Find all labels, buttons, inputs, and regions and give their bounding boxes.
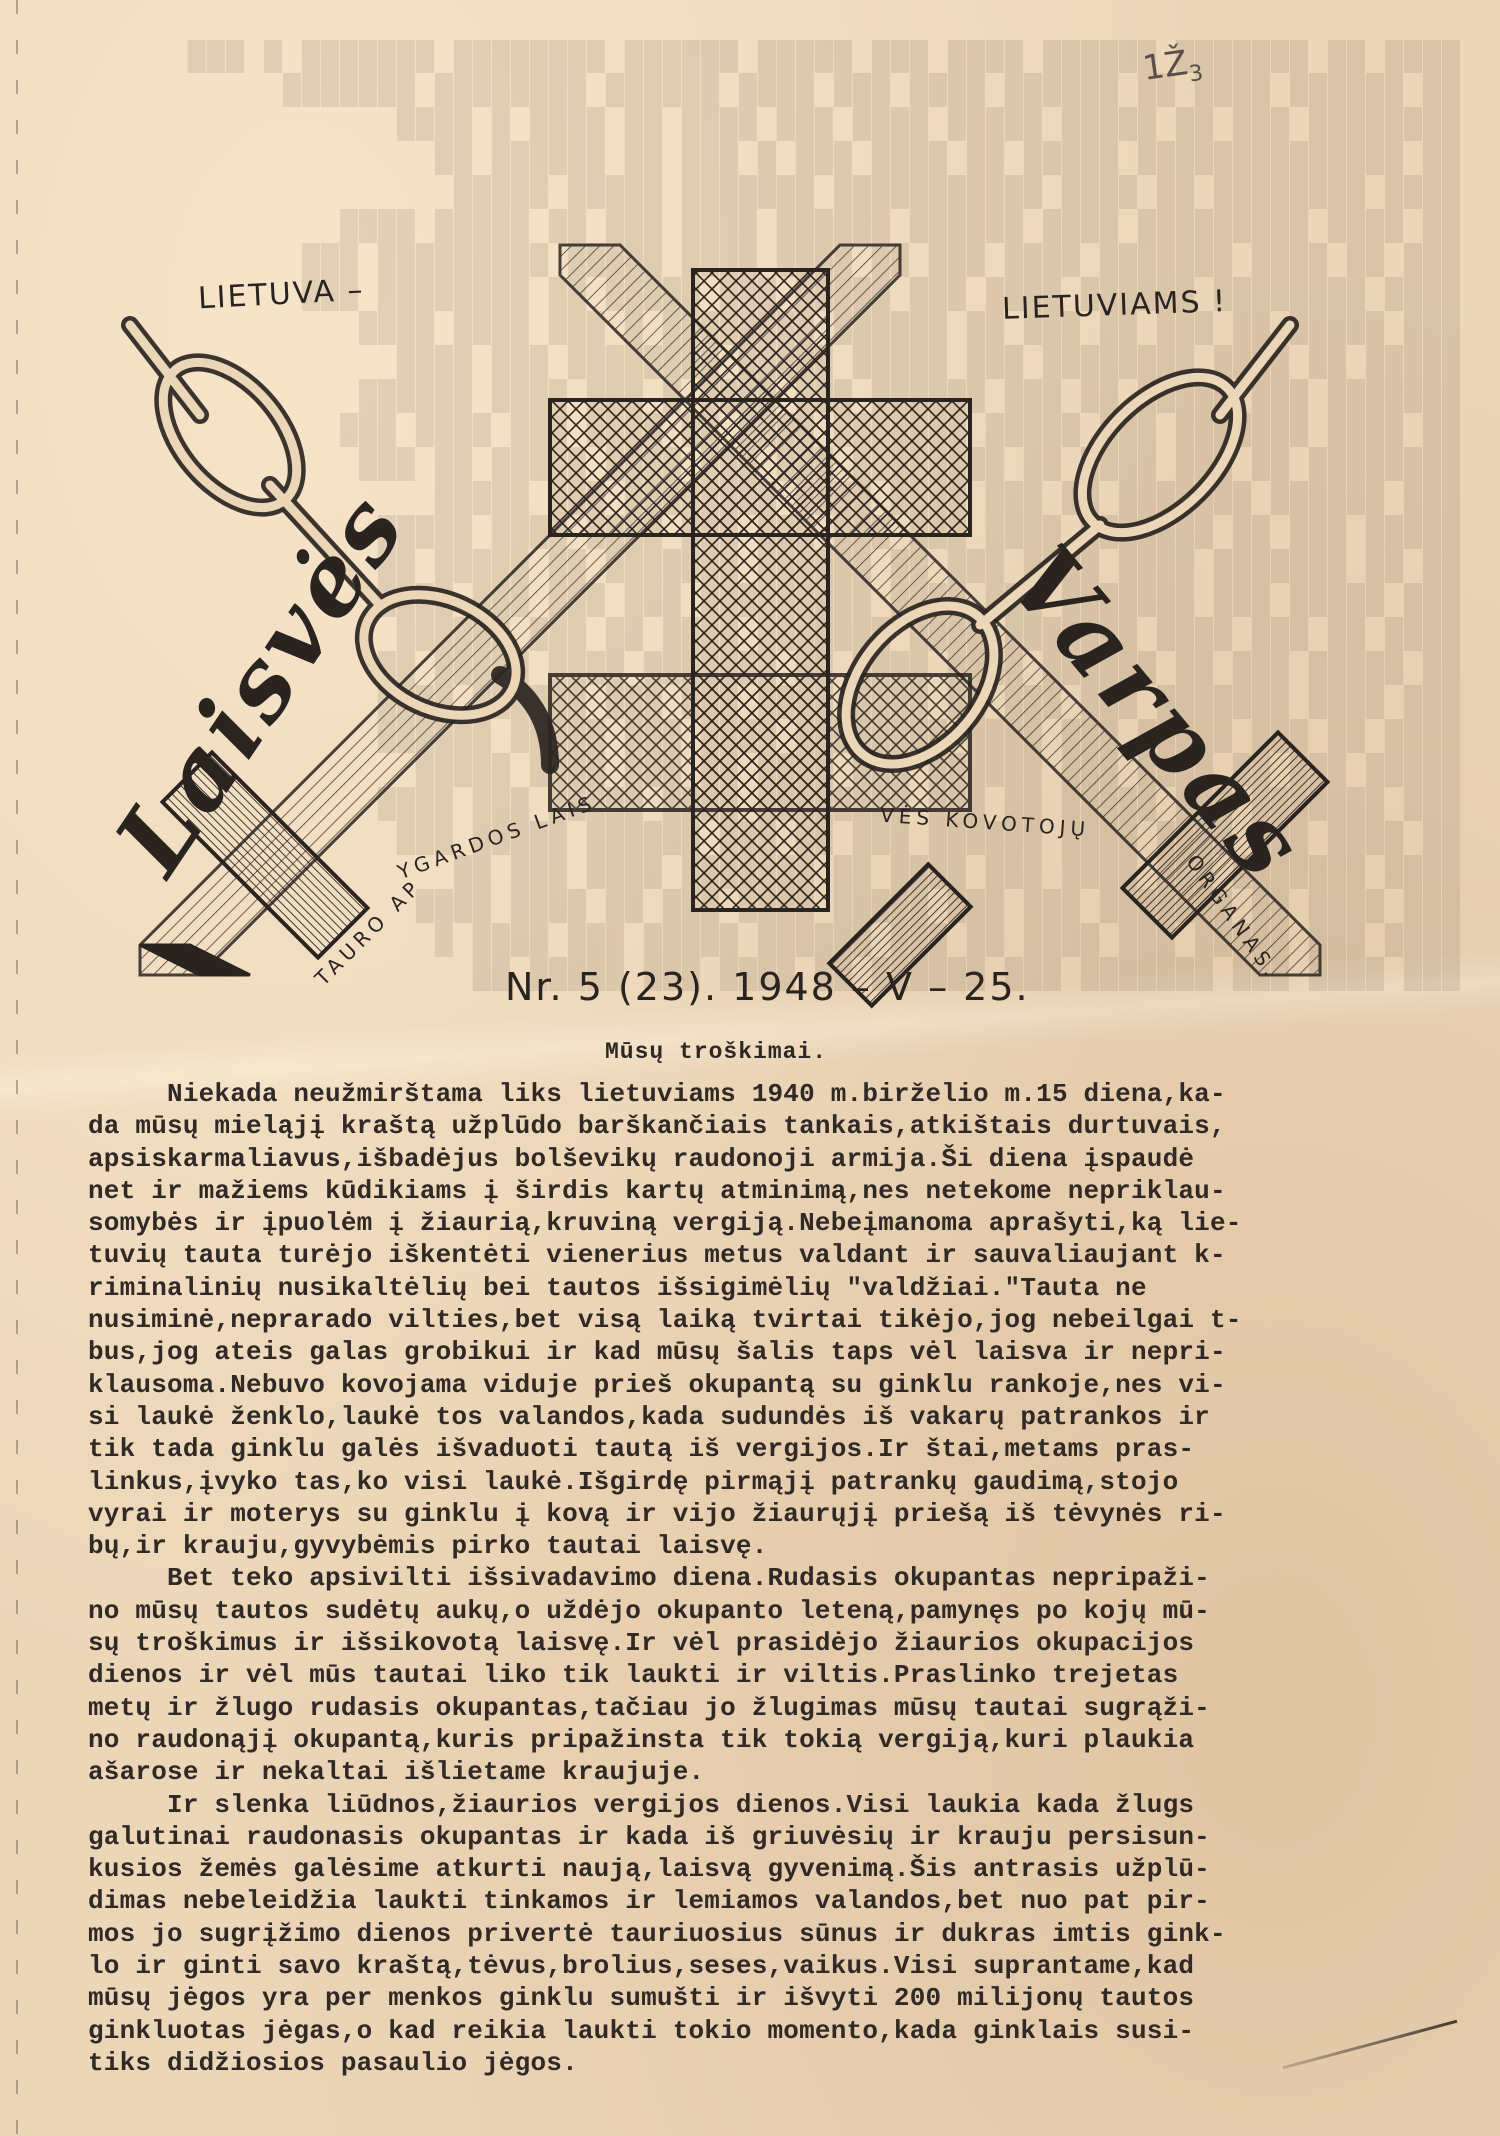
article-body: Niekada neužmirštama liks lietuviams 194… (88, 1078, 1478, 2079)
issue-number-date: Nr. 5 (23). 1948 – V – 25. (505, 965, 1030, 1009)
article-line: metų ir žlugo rudasis okupantas,tačiau j… (88, 1692, 1478, 1724)
article-line: nusiminė,neprarado vilties,bet visą laik… (88, 1304, 1478, 1336)
article-line: ašarose ir nekaltai išlietame kraujuje. (88, 1756, 1478, 1788)
article-title: Mūsų troškimai. (605, 1039, 827, 1065)
article-line: dimas nebeleidžia laukti tinkamos ir lem… (88, 1885, 1478, 1917)
archive-page-mark: 1Ž3 (1140, 41, 1205, 94)
article-line: Niekada neužmirštama liks lietuviams 194… (88, 1078, 1478, 1110)
article-line: galutinai raudonasis okupantas ir kada i… (88, 1821, 1478, 1853)
article-line: bus,jog ateis galas grobikui ir kad mūsų… (88, 1336, 1478, 1368)
article-line: Bet teko apsivilti išsivadavimo diena.Ru… (88, 1562, 1478, 1594)
article-line: tuvių tauta turėjo iškentėti vienerius m… (88, 1239, 1478, 1271)
article-line: somybės ir įpuolėm į žiaurią,kruviną ver… (88, 1207, 1478, 1239)
article-line: ginkluotas jėgas,o kad reikia laukti tok… (88, 2015, 1478, 2047)
paper-edge-mark (16, 0, 18, 2136)
article-line: riminalinių nusikaltėlių bei tautos išsi… (88, 1272, 1478, 1304)
masthead-emblem: LIETUVA – LIETUVIAMS ! Laisvės Varpas TA… (80, 185, 1440, 1015)
article-line: mūsų jėgos yra per menkos ginklu sumušti… (88, 1982, 1478, 2014)
article-line: no raudonąjį okupantą,kuris pripažinsta … (88, 1724, 1478, 1756)
article-line: klausoma.Nebuvo kovojama viduje prieš ok… (88, 1369, 1478, 1401)
article-line: no mūsų tautos sudėtų aukų,o uždėjo okup… (88, 1595, 1478, 1627)
article-line: dienos ir vėl mūs tautai liko tik laukti… (88, 1659, 1478, 1691)
article-line: si laukė ženklo,laukė tos valandos,kada … (88, 1401, 1478, 1433)
article-line: sų troškimus ir išsikovotą laisvę.Ir vėl… (88, 1627, 1478, 1659)
article-line: tiks didžiosios pasaulio jėgos. (88, 2047, 1478, 2079)
article-line: lo ir ginti savo kraštą,tėvus,brolius,se… (88, 1950, 1478, 1982)
article-line: kusios žemės galėsime atkurti naują,lais… (88, 1853, 1478, 1885)
article-line: da mūsų mieląjį kraštą užplūdo barškanči… (88, 1110, 1478, 1142)
article-line: mos jo sugrįžimo dienos privertė tauriuo… (88, 1918, 1478, 1950)
article-line: vyrai ir moterys su ginklu į kovą ir vij… (88, 1498, 1478, 1530)
article-line: bų,ir krauju,gyvybėmis pirko tautai lais… (88, 1530, 1478, 1562)
article-line: Ir slenka liūdnos,žiaurios vergijos dien… (88, 1789, 1478, 1821)
article-line: apsiskarmaliavus,išbadėjus bolševikų rau… (88, 1143, 1478, 1175)
article-line: tik tada ginklu galės išvaduoti tautą iš… (88, 1433, 1478, 1465)
article-line: net ir mažiems kūdikiams į širdis kartų … (88, 1175, 1478, 1207)
article-line: linkus,įvyko tas,ko visi laukė.Išgirdę p… (88, 1466, 1478, 1498)
